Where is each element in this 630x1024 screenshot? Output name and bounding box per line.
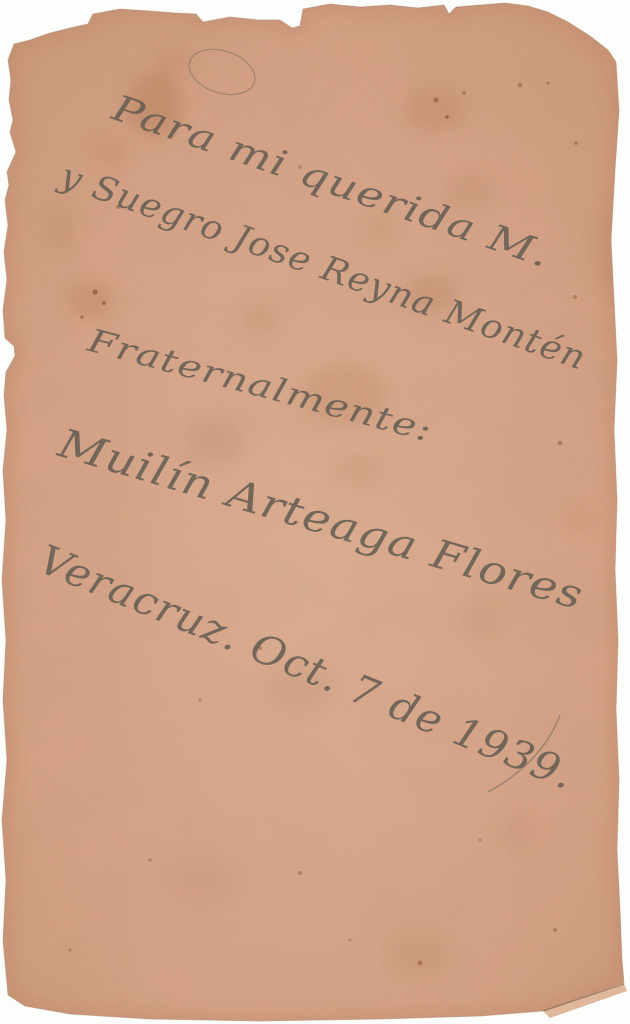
scanned-page: Para mi querida M. y Suegro Jose Reyna M…	[0, 0, 630, 1024]
paper-sheet: Para mi querida M. y Suegro Jose Reyna M…	[0, 0, 630, 1024]
